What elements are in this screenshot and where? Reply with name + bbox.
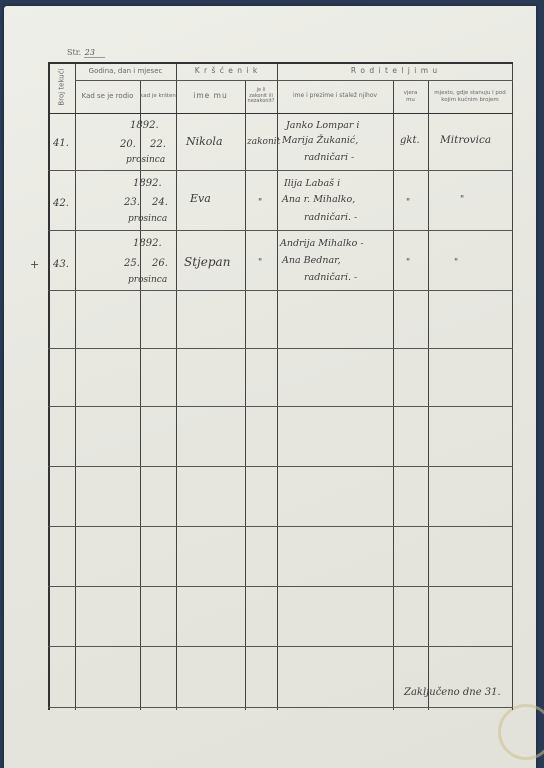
residence: " (460, 195, 464, 205)
child-name: Nikola (186, 135, 223, 148)
page-number-value: 23 (84, 48, 105, 58)
parents-line-2: Marija Žukanić, (282, 135, 358, 146)
parents-line-2: Ana r. Mihalko, (282, 194, 355, 205)
religion: " (406, 198, 410, 208)
header-religion: vjera mu (393, 80, 428, 113)
month: prosinca (128, 214, 167, 224)
month: prosinca (128, 275, 167, 285)
entry-number: 41. (53, 138, 69, 149)
baptism-day: 24. (152, 197, 168, 208)
baptism-register-table: Broj tekući Godina, dan i mjesec Kad se … (48, 62, 512, 712)
parents-line-3: radničari. - (304, 212, 357, 223)
header-baptized: kad je kršten (140, 80, 176, 113)
entry-number: 42. (53, 198, 69, 209)
margin-cross-mark: + (30, 258, 39, 271)
baptism-day: 26. (152, 258, 168, 269)
closing-note: Zaključeno dne 31. (404, 687, 501, 698)
legitimacy: " (258, 198, 262, 208)
stamp-mark (498, 704, 544, 760)
parents-line-2: Ana Bednar, (282, 255, 341, 266)
birth-day: 25. (124, 258, 140, 269)
child-name: Stjepan (184, 255, 230, 269)
header-born: Kad se je rodio (75, 80, 140, 113)
religion: gkt. (400, 135, 420, 146)
legitimacy: zakonit (247, 137, 280, 147)
parents-line-3: radničari. - (304, 272, 357, 283)
parents-line-1: Janko Lompar i (286, 120, 359, 131)
baptism-day: 22. (150, 139, 166, 150)
legitimacy: " (258, 258, 262, 268)
child-name: Eva (190, 192, 211, 205)
birth-day: 20. (120, 139, 136, 150)
entry-number: 43. (53, 259, 69, 270)
header-child-name: ime mu (176, 80, 245, 113)
page-label: Str. (67, 48, 81, 57)
birth-year: 1892. (133, 238, 162, 249)
header-entry-number-label: Broj tekući (57, 69, 65, 106)
parents-line-3: radničari - (304, 152, 354, 163)
header-parents-group: R o d i t e l j i m u (277, 62, 512, 80)
birth-year: 1892. (130, 120, 159, 131)
page-number: Str. 23 (67, 48, 105, 57)
religion: " (406, 258, 410, 268)
residence: Mitrovica (440, 134, 491, 146)
birth-day: 23. (124, 197, 140, 208)
header-residence: mjesto, gdje stanuju i pod kojim kućnim … (428, 80, 512, 113)
header-parent-names: ime i prezime i stalež njihov (277, 80, 393, 113)
residence: " (454, 258, 458, 268)
header-legitimacy: je li zakonit ili nezakonit? (245, 80, 277, 113)
header-date-group: Godina, dan i mjesec (75, 62, 176, 80)
parents-line-1: Andrija Mihalko - (280, 238, 364, 249)
header-entry-number: Broj tekući (48, 62, 75, 113)
month: prosinca (126, 155, 165, 165)
birth-year: 1892. (133, 178, 162, 189)
header-child-group: K r š ć e n i k (176, 62, 277, 80)
parents-line-1: Ilija Labaš i (284, 178, 340, 189)
